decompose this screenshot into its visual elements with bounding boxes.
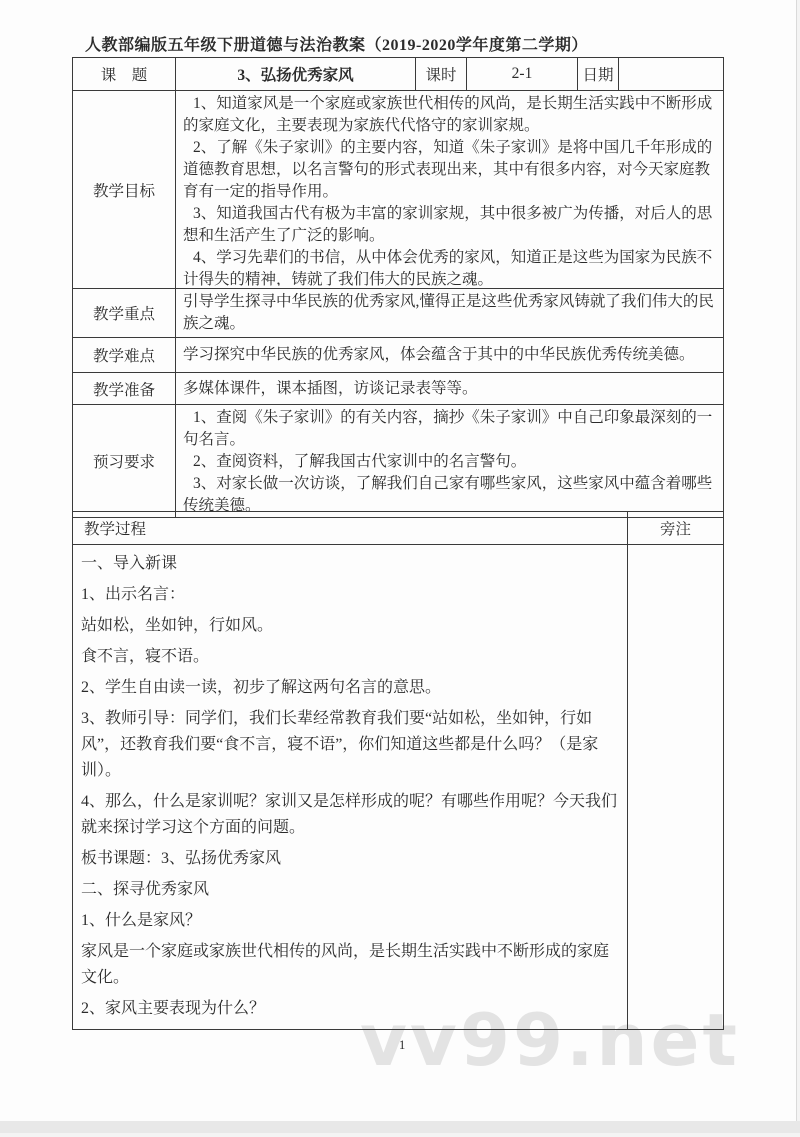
difficulties-content: 学习探究中华民族的优秀家风，体会蕴含于其中的中华民族优秀传统美德。 <box>176 338 724 373</box>
key-points-row: 教学重点 引导学生探寻中华民族的优秀家风,懂得正是这些优秀家风铸就了我们伟大的民… <box>73 289 724 338</box>
goals-content: 1、知道家风是一个家庭或家族世代相传的风尚，是长期生活实践中不断形成的家庭文化，… <box>176 91 724 289</box>
goal-item: 1、知道家风是一个家庭或家族世代相传的风尚，是长期生活实践中不断形成的家庭文化，… <box>183 93 718 137</box>
side-note-label: 旁注 <box>628 512 724 545</box>
key-points-content: 引导学生探寻中华民族的优秀家风,懂得正是这些优秀家风铸就了我们伟大的民族之魂。 <box>176 289 724 338</box>
process-paragraph: 食不言，寝不语。 <box>81 644 617 670</box>
process-body-row: 一、导入新课1、出示名言：站如松，坐如钟，行如风。食不言，寝不语。2、学生自由读… <box>73 545 724 1030</box>
doc-title: 人教部编版五年级下册道德与法治教案（2019-2020学年度第二学期） <box>85 32 588 55</box>
process-content: 一、导入新课1、出示名言：站如松，坐如钟，行如风。食不言，寝不语。2、学生自由读… <box>73 545 628 1030</box>
process-paragraph: 家风是一个家庭或家族世代相传的风尚，是长期生活实践中不断形成的家庭文化。 <box>81 939 617 991</box>
page-gap <box>0 1121 800 1133</box>
process-header-label: 教学过程 <box>73 512 628 545</box>
process-paragraph: 2、家风主要表现为什么？ <box>81 996 617 1022</box>
page-number: 1 <box>399 1038 405 1053</box>
lesson-info-table: 课 题 3、弘扬优秀家风 课时 2-1 日期 教学目标 1、知道家风是一个家庭或… <box>72 57 724 518</box>
process-paragraph: 1、出示名言： <box>81 582 617 608</box>
course-label: 课 题 <box>73 58 176 91</box>
preview-item: 1、查阅《朱子家训》的有关内容，摘抄《朱子家训》中自己印象最深刻的一句名言。 <box>183 407 718 451</box>
process-table: 教学过程 旁注 一、导入新课1、出示名言：站如松，坐如钟，行如风。食不言，寝不语… <box>72 511 724 1030</box>
process-paragraph: 3、教师引导：同学们，我们长辈经常教育我们要“站如松，坐如钟，行如风”，还教育我… <box>81 706 617 784</box>
difficulties-label: 教学难点 <box>73 338 176 373</box>
process-paragraph: 2、学生自由读一读，初步了解这两句名言的意思。 <box>81 675 617 701</box>
period-label: 课时 <box>416 58 467 91</box>
period-value: 2-1 <box>467 58 578 91</box>
preview-item: 2、查阅资料，了解我国古代家训中的名言警句。 <box>183 451 718 473</box>
difficulties-row: 教学难点 学习探究中华民族的优秀家风，体会蕴含于其中的中华民族优秀传统美德。 <box>73 338 724 373</box>
preview-content: 1、查阅《朱子家训》的有关内容，摘抄《朱子家训》中自己印象最深刻的一句名言。2、… <box>176 405 724 518</box>
process-paragraph: 板书课题：3、弘扬优秀家风 <box>81 846 617 872</box>
process-header-row: 教学过程 旁注 <box>73 512 724 545</box>
goals-label: 教学目标 <box>73 91 176 289</box>
process-paragraph: 站如松，坐如钟，行如风。 <box>81 613 617 639</box>
page-sheet: vv99.net 人教部编版五年级下册道德与法治教案（2019-2020学年度第… <box>0 0 797 1121</box>
key-points-label: 教学重点 <box>73 289 176 338</box>
process-paragraph: 4、那么，什么是家训呢？家训又是怎样形成的呢？有哪些作用呢？今天我们就来探讨学习… <box>81 789 617 841</box>
preview-row: 预习要求 1、查阅《朱子家训》的有关内容，摘抄《朱子家训》中自己印象最深刻的一句… <box>73 405 724 518</box>
preview-label: 预习要求 <box>73 405 176 518</box>
date-value-cell <box>619 58 724 91</box>
preparation-content: 多媒体课件，课本插图，访谈记录表等等。 <box>176 373 724 405</box>
preparation-row: 教学准备 多媒体课件，课本插图，访谈记录表等等。 <box>73 373 724 405</box>
goal-item: 2、了解《朱子家训》的主要内容，知道《朱子家训》是将中国几千年形成的道德教育思想… <box>183 137 718 203</box>
goals-row: 教学目标 1、知道家风是一个家庭或家族世代相传的风尚，是长期生活实践中不断形成的… <box>73 91 724 289</box>
header-row: 课 题 3、弘扬优秀家风 课时 2-1 日期 <box>73 58 724 91</box>
preview-item: 3、对家长做一次访谈，了解我们自己家有哪些家风，这些家风中蕴含着哪些传统美德。 <box>183 473 718 515</box>
document-viewport: vv99.net 人教部编版五年级下册道德与法治教案（2019-2020学年度第… <box>0 0 800 1137</box>
process-paragraph: 二、探寻优秀家风 <box>81 877 617 903</box>
date-label: 日期 <box>578 58 619 91</box>
process-paragraph: 一、导入新课 <box>81 551 617 577</box>
side-note-cell <box>628 545 724 1030</box>
course-title: 3、弘扬优秀家风 <box>176 58 416 91</box>
preparation-label: 教学准备 <box>73 373 176 405</box>
goal-item: 4、学习先辈们的书信，从中体会优秀的家风，知道正是这些为国家为民族不计得失的精神… <box>183 247 718 286</box>
process-paragraph: 1、什么是家风？ <box>81 908 617 934</box>
goal-item: 3、知道我国古代有极为丰富的家训家规，其中很多被广为传播，对后人的思想和生活产生… <box>183 203 718 247</box>
